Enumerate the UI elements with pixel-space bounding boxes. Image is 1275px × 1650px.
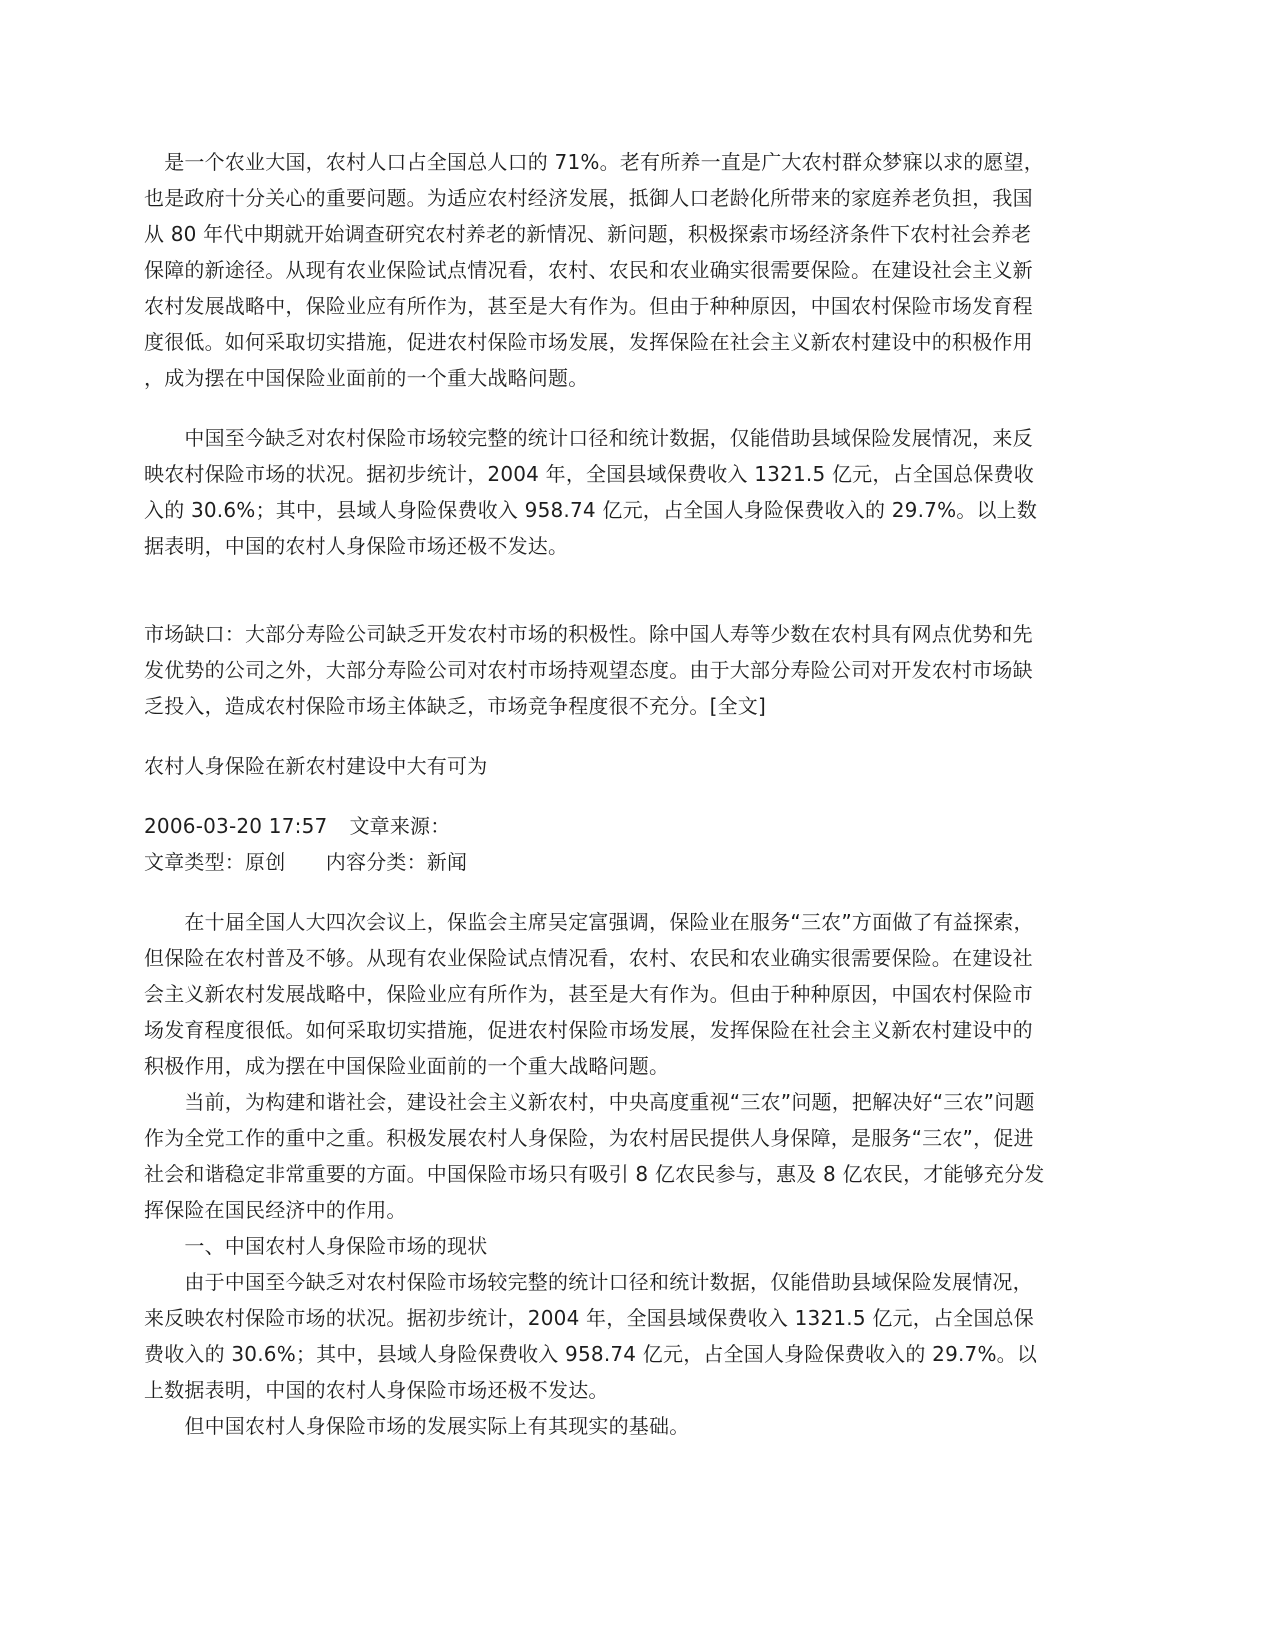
text-line: 社会和谐稳定非常重要的方面。中国保险市场只有吸引 8 亿农民参与，惠及 8 亿农… [144, 1162, 1084, 1186]
article-source-label: 文章来源： [349, 814, 450, 838]
text-line: 保障的新途径。从现有农业保险试点情况看，农村、农民和农业确实很需要保险。在建设社… [144, 258, 1084, 282]
text-line: 场发育程度很低。如何采取切实措施，促进农村保险市场发展，发挥保险在社会主义新农村… [144, 1018, 1084, 1042]
text-line: 发优势的公司之外，大部分寿险公司对农村市场持观望态度。由于大部分寿险公司对开发农… [144, 658, 1084, 682]
text-line: 由于中国至今缺乏对农村保险市场较完整的统计口径和统计数据，仅能借助县域保险发展情… [144, 1270, 1084, 1294]
text-line: 作为全党工作的重中之重。积极发展农村人身保险，为农村居民提供人身保障，是服务“三… [144, 1126, 1084, 1150]
article-paragraph-4: 但中国农村人身保险市场的发展实际上有其现实的基础。 [144, 1414, 1084, 1438]
text-line: 从 80 年代中期就开始调查研究农村养老的新情况、新问题，积极探索市场经济条件下… [144, 222, 1084, 246]
text-line: 也是政府十分关心的重要问题。为适应农村经济发展，抵御人口老龄化所带来的家庭养老负… [144, 186, 1084, 210]
text-line: 入的 30.6%；其中，县域人身险保费收入 958.74 亿元，占全国人身险保费… [144, 498, 1084, 522]
article-meta-line: 2006-03-20 17:57文章来源： [144, 814, 1084, 838]
text-line: 是一个农业大国，农村人口占全国总人口的 71%。老有所养一直是广大农村群众梦寐以… [144, 150, 1084, 174]
text-line: ，成为摆在中国保险业面前的一个重大战略问题。 [144, 366, 1084, 390]
text-line: 积极作用，成为摆在中国保险业面前的一个重大战略问题。 [144, 1054, 1084, 1078]
article-datetime: 2006-03-20 17:57 [144, 814, 327, 838]
text-line: 来反映农村保险市场的状况。据初步统计，2004 年，全国县域保费收入 1321.… [144, 1306, 1084, 1330]
document-page: 是一个农业大国，农村人口占全国总人口的 71%。老有所养一直是广大农村群众梦寐以… [0, 0, 1275, 1650]
text-segment: 乏投入，造成农村保险市场主体缺乏，市场竞争程度很不充分。 [144, 694, 710, 718]
text-line: 映农村保险市场的状况。据初步统计，2004 年，全国县域保费收入 1321.5 … [144, 462, 1084, 486]
text-line: 上数据表明，中国的农村人身保险市场还极不发达。 [144, 1378, 1084, 1402]
text-line: 当前，为构建和谐社会，建设社会主义新农村，中央高度重视“三农”问题，把解决好“三… [144, 1090, 1084, 1114]
text-line: 度很低。如何采取切实措施，促进农村保险市场发展，发挥保险在社会主义新农村建设中的… [144, 330, 1084, 354]
text-line: 费收入的 30.6%；其中，县域人身险保费收入 958.74 亿元，占全国人身险… [144, 1342, 1084, 1366]
text-line: 会主义新农村发展战略中，保险业应有所作为，甚至是大有作为。但由于种种原因，中国农… [144, 982, 1084, 1006]
text-line: 但保险在农村普及不够。从现有农业保险试点情况看，农村、农民和农业确实很需要保险。… [144, 946, 1084, 970]
text-line: 挥保险在国民经济中的作用。 [144, 1198, 1084, 1222]
text-line: 中国至今缺乏对农村保险市场较完整的统计口径和统计数据，仅能借助县域保险发展情况，… [144, 426, 1084, 450]
text-line: 乏投入，造成农村保险市场主体缺乏，市场竞争程度很不充分。[全文] [144, 694, 1084, 718]
text-line: 农村发展战略中，保险业应有所作为，甚至是大有作为。但由于种种原因，中国农村保险市… [144, 294, 1084, 318]
section-heading: 一、中国农村人身保险市场的现状 [144, 1234, 1084, 1258]
text-line: 市场缺口：大部分寿险公司缺乏开发农村市场的积极性。除中国人寿等少数在农村具有网点… [144, 622, 1084, 646]
article-title: 农村人身保险在新农村建设中大有可为 [144, 754, 1084, 778]
text-line: 据表明，中国的农村人身保险市场还极不发达。 [144, 534, 1084, 558]
article-type-line: 文章类型：原创 内容分类：新闻 [144, 850, 1084, 874]
text-line: 在十届全国人大四次会议上，保监会主席吴定富强调，保险业在服务“三农”方面做了有益… [144, 910, 1084, 934]
full-text-link[interactable]: [全文] [710, 694, 766, 718]
